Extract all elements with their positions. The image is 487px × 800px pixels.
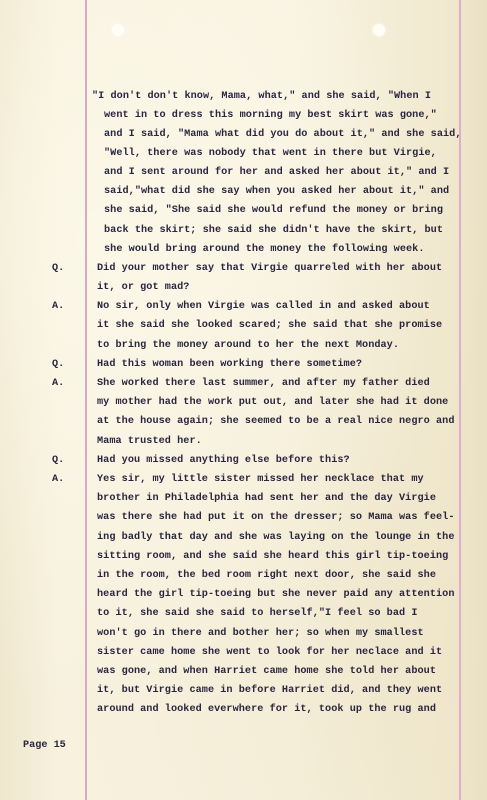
transcript-line: ing badly that day and she was laying on… [97,532,454,544]
transcript-line: at the house again; she seemed to be a r… [97,416,454,428]
answer-label: A. [52,474,64,486]
right-margin-rule [459,0,461,800]
transcript-line: Did your mother say that Virgie quarrele… [97,263,442,275]
transcript-line: went in to dress this morning my best sk… [104,110,437,122]
transcript-line: it, or got mad? [97,282,189,294]
punch-hole [373,24,385,36]
transcript-line: was there she had put it on the dresser;… [97,512,454,524]
transcript-line: was gone, and when Harriet came home she… [97,666,436,678]
question-label: Q. [52,455,64,467]
transcript-line: it she said she looked scared; she said … [97,320,442,332]
transcript-line: Had you missed anything else before this… [97,455,350,467]
question-label: Q. [52,359,64,371]
transcript-line: brother in Philadelphia had sent her and… [97,493,436,505]
transcript-line: won't go in there and bother her; so whe… [97,628,424,640]
punch-hole [112,24,124,36]
transcript-line: in the room, the bed room right next doo… [97,570,436,582]
transcript-line: to it, she said she said to herself,"I f… [97,608,418,620]
transcript-line: around and looked everwhere for it, took… [97,704,436,716]
transcript-line: heard the girl tip-toeing but she never … [97,589,454,601]
transcript-line: sister came home she went to look for he… [97,647,442,659]
page-number: Page 15 [23,740,66,752]
question-label: Q. [52,263,64,275]
transcript-line: sitting room, and she said she heard thi… [97,551,448,563]
transcript-line: back the skirt; she said she didn't have… [104,225,443,237]
transcript-line: "I don't don't know, Mama, what," and sh… [92,91,431,103]
transcript-line: Yes sir, my little sister missed her nec… [97,474,424,486]
transcript-line: to bring the money around to her the nex… [97,340,399,352]
transcript-line: and I said, "Mama what did you do about … [104,129,461,141]
transcript-line: she said, "She said she would refund the… [104,205,443,217]
transcript-line: and I sent around for her and asked her … [104,167,449,179]
answer-label: A. [52,301,64,313]
transcript-line: "Well, there was nobody that went in the… [104,148,437,160]
transcript-line: she would bring around the money the fol… [104,244,425,256]
transcript-line: Mama trusted her. [97,436,202,448]
document-page: "I don't don't know, Mama, what," and sh… [0,0,487,800]
left-margin-rule [85,0,87,800]
transcript-line: She worked there last summer, and after … [97,378,430,390]
answer-label: A. [52,378,64,390]
transcript-line: my mother had the work put out, and late… [97,397,448,409]
transcript-line: Had this woman been working there someti… [97,359,362,371]
transcript-line: No sir, only when Virgie was called in a… [97,301,430,313]
transcript-line: said,"what did she say when you asked he… [104,186,449,198]
transcript-line: it, but Virgie came in before Harriet di… [97,685,442,697]
